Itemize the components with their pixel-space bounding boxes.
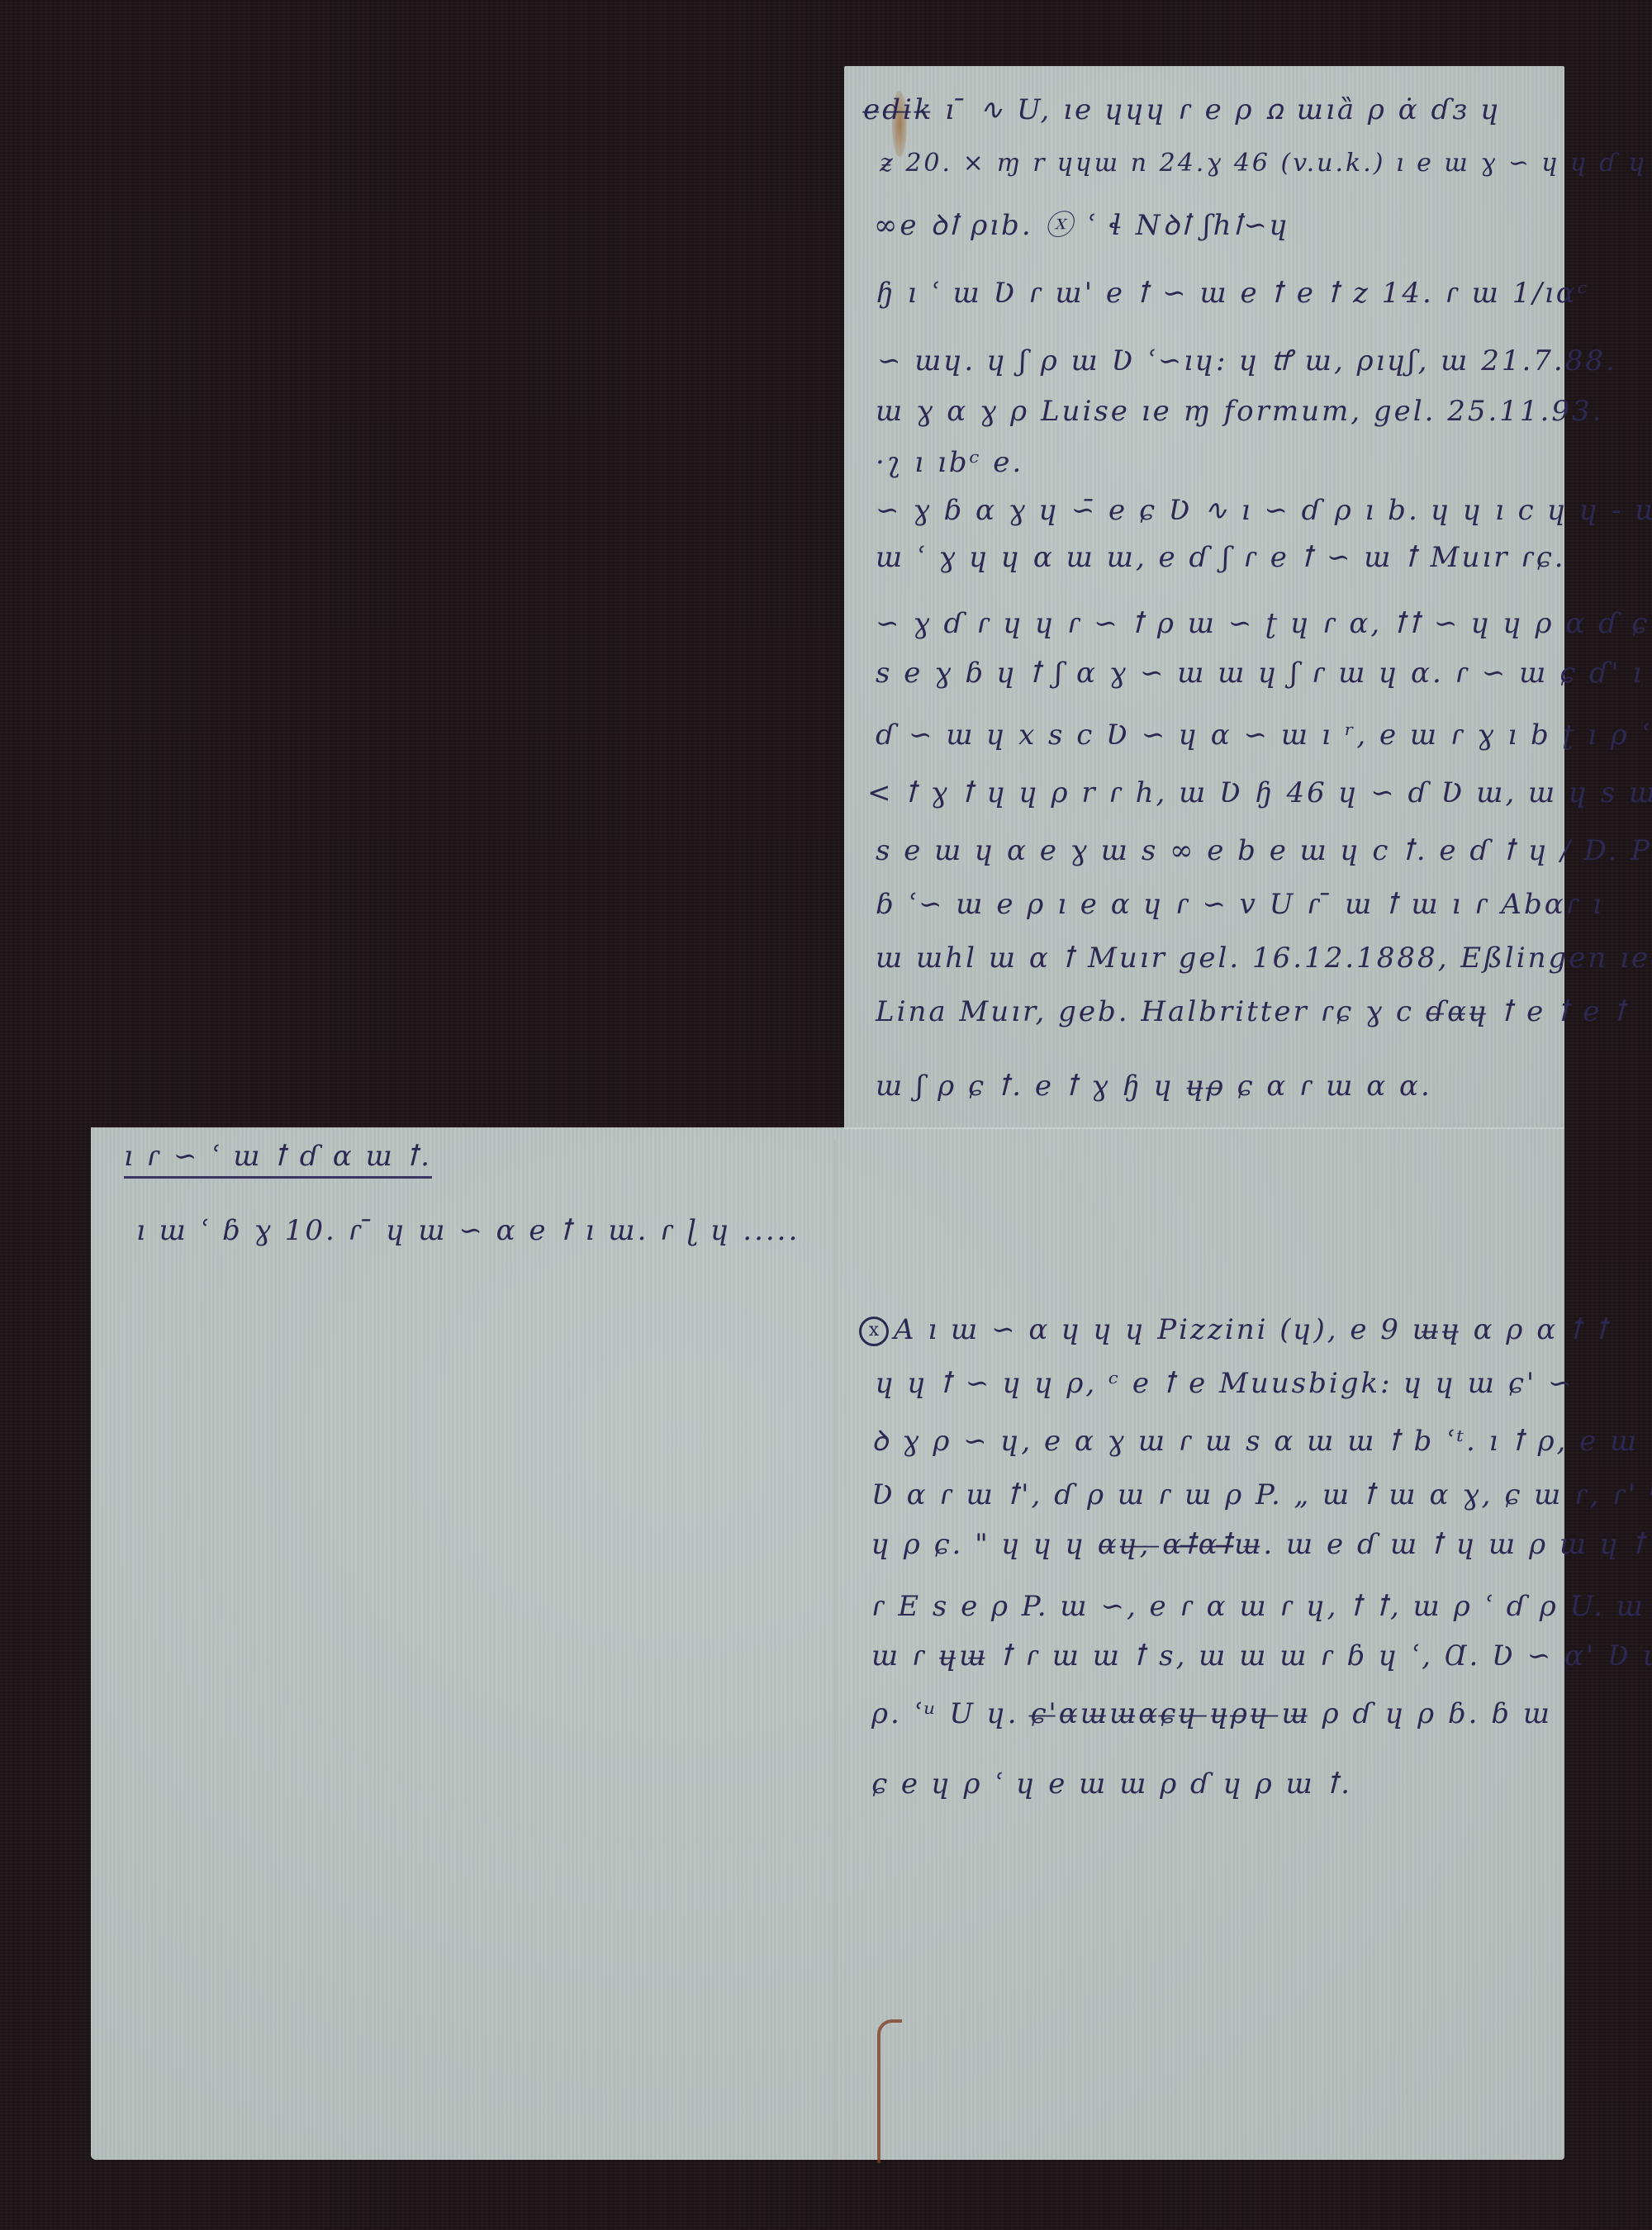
right-panel-line-7: ɯ ɾ ɥ̶ɯ̶ ꝉ ɾ ɯ ɯ ꝉ s, ɯ ɯ ɯ ɾ ɓ ɥ ʿ, Ɑ. … xyxy=(871,1639,1652,1672)
right-panel-line-5: ɥ ρ ɕ. " ɥ ɥ ɥ ɑ̶ɥ̶,̶ ̶ɑ̶ꝉ̶ɑ̶ꝉ̶ɯ̶. ɯ e ɗ… xyxy=(871,1528,1652,1561)
top-line-11: s e ɣ ɓ ɥ ꝉ ʃ ɑ ɣ ∽ ɯ ɯ ɥ ʃ ɾ ɯ ɥ ɑ. ɾ ∽… xyxy=(876,657,1644,690)
top-line-10: ∽ ɣ ɗ ɾ ɥ ɥ ɾ ∽ ꝉ ρ ɯ ∽ ʈ ɥ ɾ ɑ, ꝉꝉ ∽ ɥ … xyxy=(876,607,1652,640)
left-panel-heading: ı ɾ ∽ ʿ ɯ ꝉ ɗ ɑ ɯ ꝉ. xyxy=(124,1140,432,1179)
top-line-3: ∞e ꝺꝉ ρıb. ⓧ ʿ ɬ Nꝺꝉ ʃhꝉ∽ɥ xyxy=(874,202,1290,243)
top-line-14: s e ɯ ɥ ɑ e ɣ ɯ s ∞ e b e ɯ ɥ c ꝉ. e ɗ ꝉ… xyxy=(876,834,1652,867)
right-panel-line-4: Ʋ ɑ ɾ ɯ ꝉ', ɗ ρ ɯ ɾ ɯ ρ P. „ ɯ ꝉ ɯ ɑ ɣ, … xyxy=(871,1478,1652,1511)
top-line-7: ·ʅ ı ıbᶜ e. xyxy=(876,446,1023,479)
right-panel-line-9: ɕ e ɥ ρ ʿ ɥ e ɯ ɯ ρ ɗ ɥ ρ ɯ ꝉ. xyxy=(871,1767,1352,1801)
top-line-5: ∽ ɯɥ. ɥ ʃ ρ ɯ Ʋ ʿ∽ıɥ: ɥ ꝷ ɯ, ρıɥʃ, ɯ 21.… xyxy=(877,340,1617,378)
top-line-8: ∽ ɣ ɓ ɑ ɣ ɥ ∽̄ e ɕ Ʋ ∿ ı ∽ ɗ ρ ı b. ɥ ɥ … xyxy=(876,494,1652,527)
rust-mark xyxy=(877,2019,902,2163)
right-panel-line-6: ɾ E s e ρ P. ɯ ∽, e ɾ ɑ ɯ ɾ ɥ, ꝉ ꝉ, ɯ ρ … xyxy=(871,1590,1645,1623)
horizontal-fold xyxy=(844,1127,1564,1129)
right-panel-line-2: ɥ ɥ ꝉ ∽ ɥ ɥ ρ, ᶜ e ꝉ e Muusbigk: ɥ ɥ ɯ ɕ… xyxy=(876,1367,1574,1400)
top-line-13: < ꝉ ɣ ꝉ ɥ ɥ ρ r ɾ h, ɯ Ʋ ɧ 46 ɥ ∽ ɗ Ʋ ɯ,… xyxy=(867,776,1652,809)
top-line-2: ƶ 20. ⨯ ɱ r ɥɥɯ n 24.ɣ 46 (v.u.k.) ı e ɯ… xyxy=(880,149,1652,178)
right-panel-line-1-text: A ı ɯ ∽ ɑ ɥ ɥ ɥ Pizzini (ɥ), e 9 ɯ̶ɥ̶ ɑ … xyxy=(894,1313,1610,1346)
left-panel-line: ı ɯ ʿ ɓ ɣ 10. ɾ ̄ ɥ ɯ ∽ ɑ e ꝉ ı ɯ. ɾ ɭ ɥ… xyxy=(136,1214,800,1247)
right-panel-line-1: xA ı ɯ ∽ ɑ ɥ ɥ ɥ Pizzini (ɥ), e 9 ɯ̶ɥ̶ ɑ… xyxy=(859,1313,1610,1346)
top-line-4: ɧ ı ʿ ɯ Ʋ ɾ ɯ' e ꝉ ∽ ɯ e ꝉ e ꝉ z 14. ɾ ɯ… xyxy=(876,277,1590,310)
circled-x-marker: x xyxy=(859,1317,889,1346)
right-panel-line-3: ꝺ ɣ ρ ∽ ɥ, e ɑ ɣ ɯ ɾ ɯ s ɑ ɯ ɯ ꝉ b ʿᵗ. ı… xyxy=(871,1421,1652,1459)
top-line-12: ɗ ∽ ɯ ɥ x s c Ʋ ∽ ɥ ɑ ∽ ɯ ı ʳ, e ɯ ɾ ɣ ı… xyxy=(876,719,1652,752)
top-line-17: Lina Muır, geb. Halbritter ɾɕ ɣ c ɗ̶ɑ̶ɥ̶… xyxy=(876,995,1628,1028)
top-line-18: ɯ ʃ ρ ɕ ꝉ. e ꝉ ɣ ɧ ɥ ɥ̶ρ̶ ɕ ɑ ɾ ɯ ɑ ɑ. xyxy=(876,1070,1432,1103)
top-line-6: ɯ ɣ ɑ ɣ ρ Luise ıe ɱ formum, gel. 25.11.… xyxy=(876,395,1603,428)
top-line-9: ɯ ʿ ɣ ɥ ɥ ɑ ɯ ɯ, e ɗ ʃ ɾ e ꝉ ∽ ɯ ꝉ Muır … xyxy=(876,541,1566,574)
top-line-15: ɓ ʿ∽ ɯ e ρ ı e ɑ ɥ ɾ ∽ v U ɾ ̄ ɯ ꝉ ɯ ı ɾ… xyxy=(876,888,1604,921)
top-line-1: e̶d̶i̶k̶ ı ̄ ∿ U, ıe ɥɥɥ ɾ e ρ ꭥ ɯıȁ ρ ɑ… xyxy=(863,89,1502,127)
right-panel-line-8: ρ. ʿᵘ U ɥ. ɕ̶'̶ɑ̶ɯ̶ɯ̶ɑ̶ɕ̶ɥ̶ ̶ɥ̶ρ̶ɥ̶ ̶ɯ̶ … xyxy=(871,1697,1552,1730)
top-line-16: ɯ ɯhl ɯ ɑ ꝉ Muır gel. 16.12.1888, Eßling… xyxy=(876,942,1652,975)
vertical-fold xyxy=(834,1140,836,2160)
